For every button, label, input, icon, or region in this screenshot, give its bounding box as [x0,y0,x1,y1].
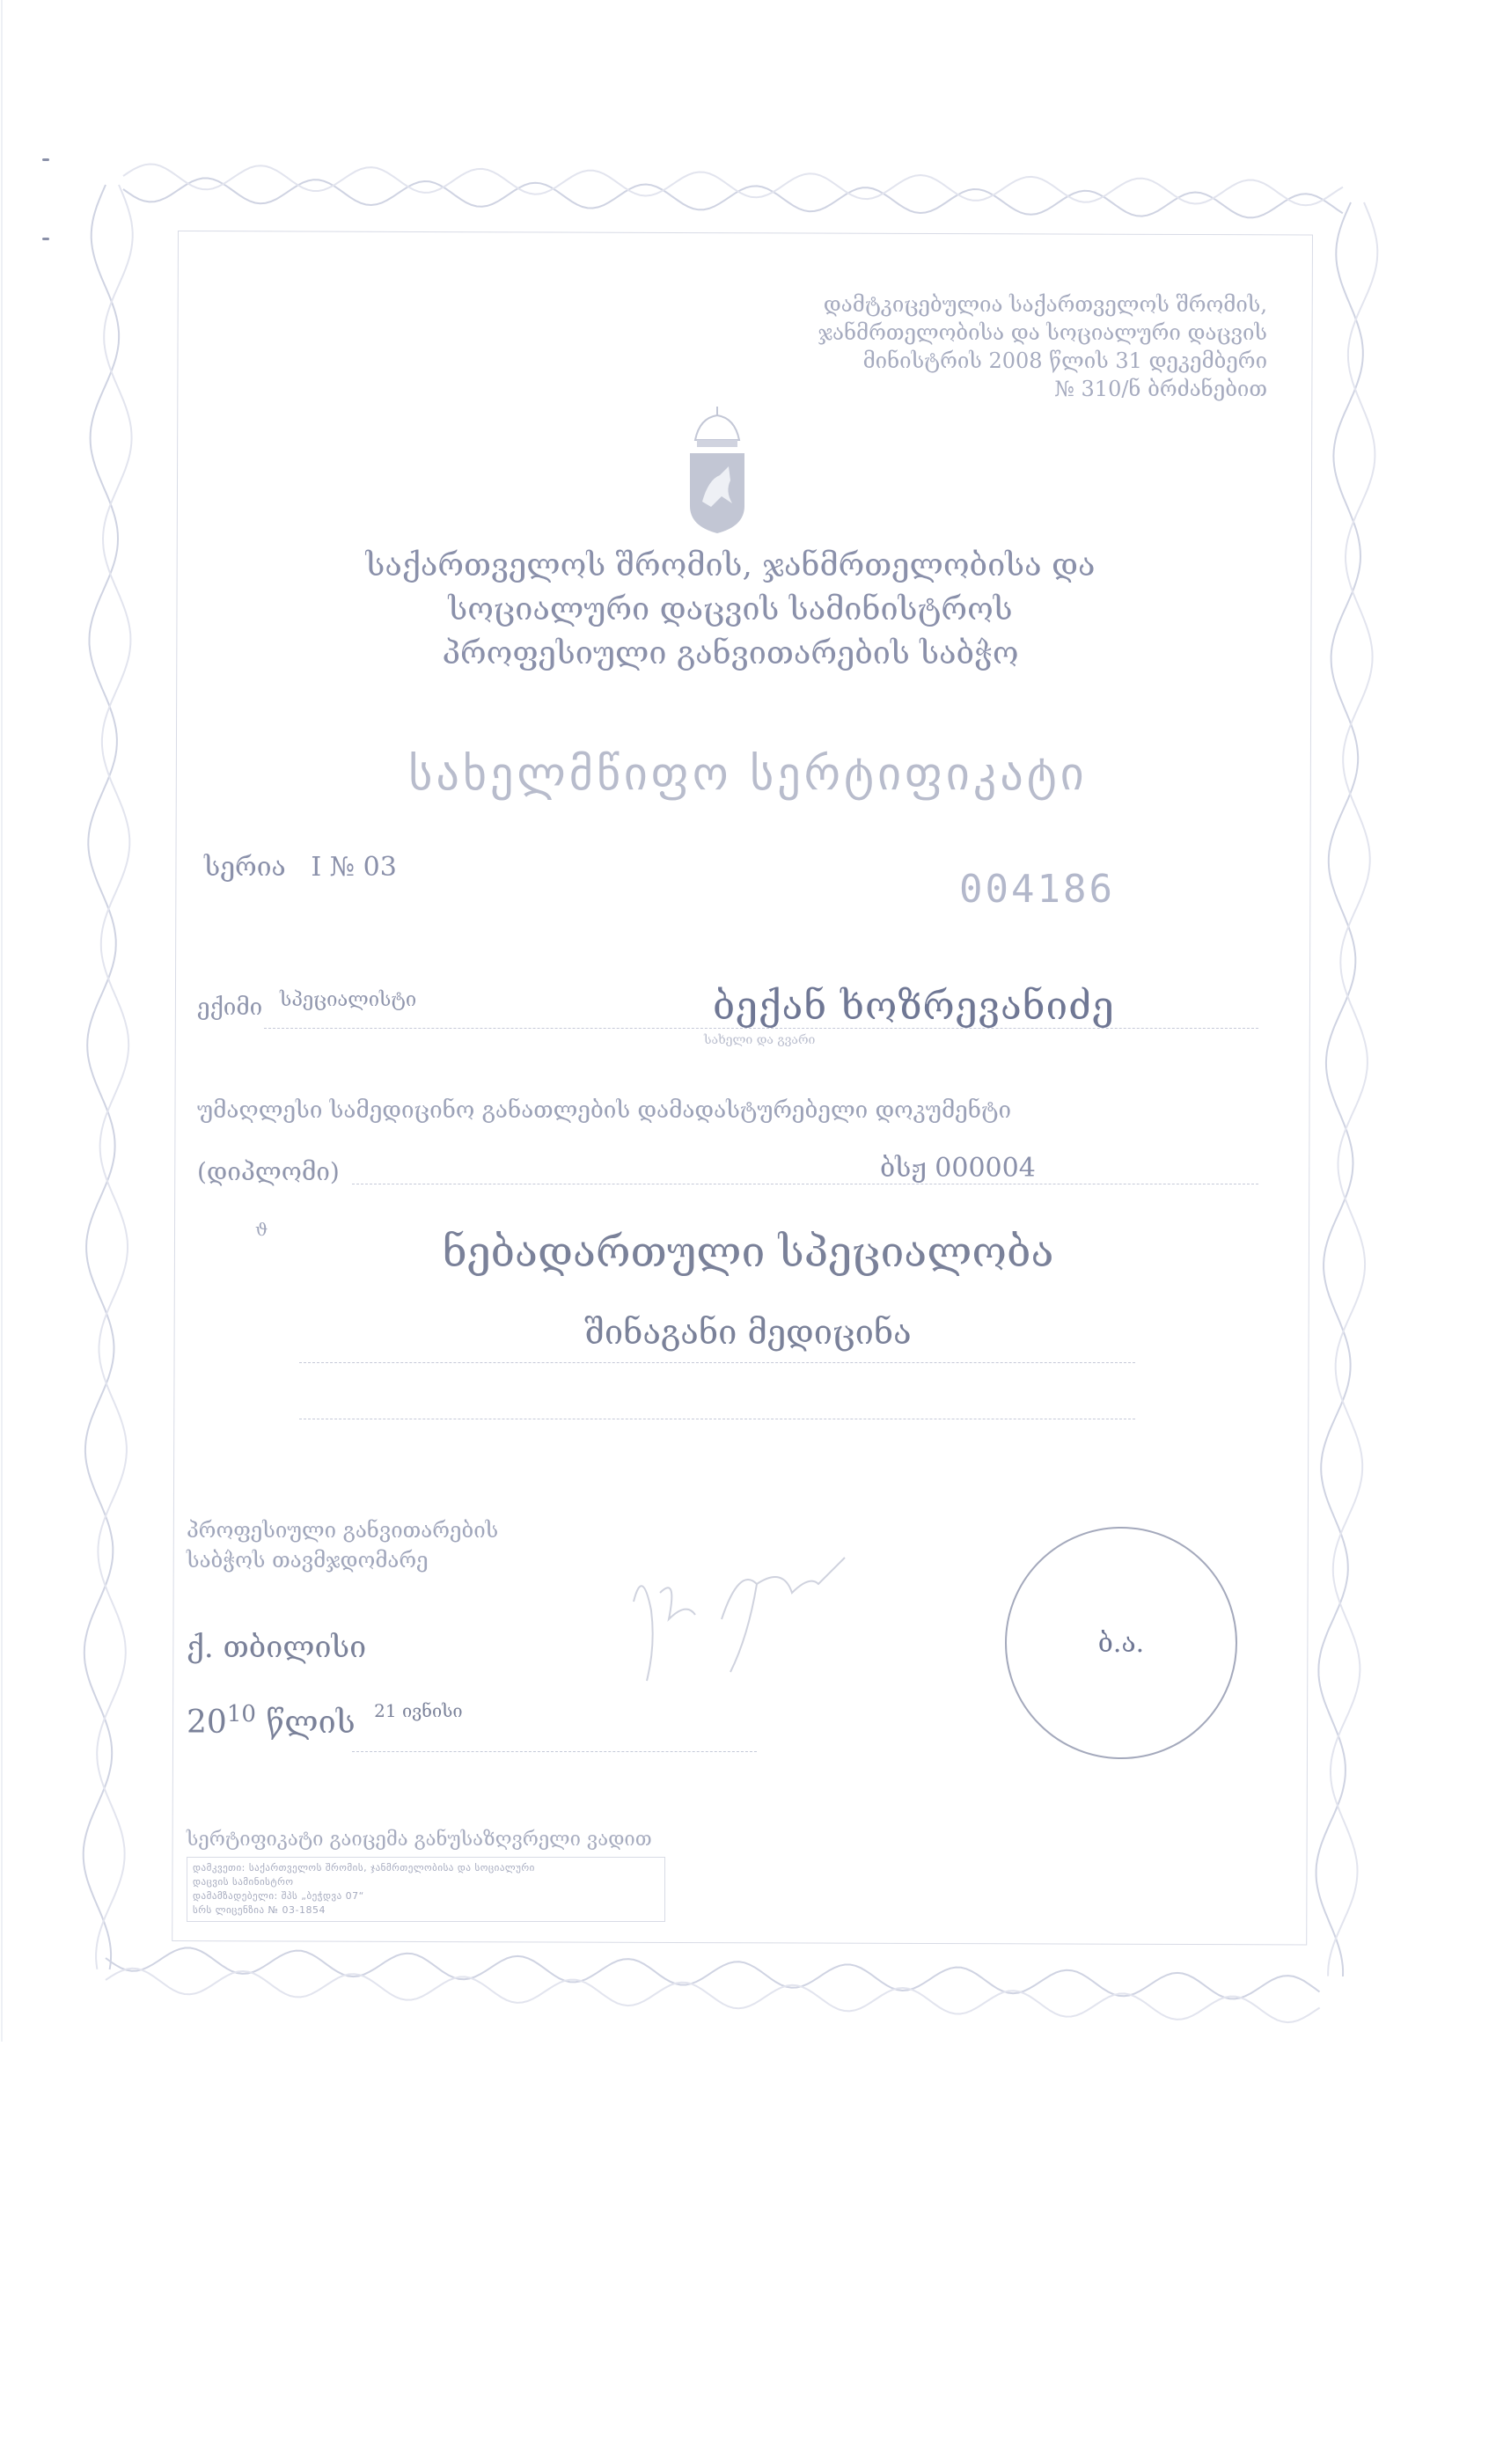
signature [616,1531,898,1698]
issue-date: 2010 წლის 21 ივნისი [187,1700,463,1741]
series: სერია I № 03 [204,852,397,883]
diploma-label: (დიპლომი) [197,1157,340,1186]
specialty-title: ნებადართული სპეციალობა [264,1228,1232,1277]
series-value: I № 03 [311,852,397,883]
serial-number: 004186 [959,867,1115,912]
diploma-number: ბსჟ 000004 [880,1153,1036,1184]
qualification-value: სპეციალისტი [280,989,416,1011]
date-underline [352,1751,757,1752]
specialty-underline-1 [299,1362,1135,1363]
qualification-label: ექიმი [197,994,262,1021]
diploma-underline [352,1184,1258,1184]
validity-note: სერტიფიკატი გაიცემა განუსაზღვრელი ვადით [187,1829,652,1851]
signatory-title: პროფესიული განვითარების საბჭოს თავმჯდომა… [187,1515,498,1575]
certificate-title: სახელმწიფო სერტიფიკატი [370,748,1126,801]
approval-note: დამტკიცებულია საქართველოს შრომის, ჯანმრთ… [774,290,1267,403]
education-document-label: უმაღლესი სამედიცინო განათლების დამადასტუ… [197,1097,1011,1124]
series-label: სერია [204,852,286,883]
name-caption: სახელი და გვარი [704,1033,815,1047]
specialty-underline-2 [299,1419,1135,1419]
printer-imprint: დამკვეთი: საქართველოს შრომის, ჯანმრთელობ… [187,1857,665,1922]
issuer-heading: საქართველოს შრომის, ჯანმრთელობისა და სოც… [334,544,1126,676]
specialty-value: შინაგანი მედიცინა [264,1313,1232,1352]
holder-name: ბექან ხოზრევანიძე [713,984,1115,1029]
seal: ბ.ა. [1005,1527,1237,1759]
seal-text: ბ.ა. [1098,1628,1144,1659]
coat-of-arms-icon [678,405,757,537]
place: ქ. თბილისი [187,1630,366,1665]
